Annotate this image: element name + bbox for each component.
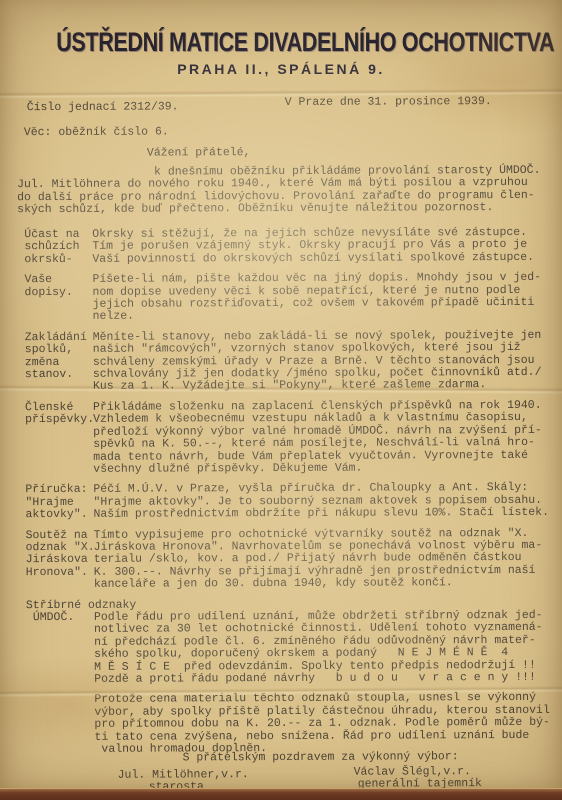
section-body-text: Přikládáme složenku na zaplacení členský…	[93, 400, 554, 476]
place-and-date: V Praze dne 31. prosince 1939.	[285, 96, 492, 109]
section-margin-label: Vaše dopisy.	[24, 274, 92, 324]
section-margin-label: Zakládání spolků, změna stanov.	[25, 332, 93, 394]
letter-section: Členské příspěvky.Přikládáme složenku na…	[25, 400, 554, 477]
section-body-text: Protože cena materialu těchto odznaků st…	[94, 692, 555, 756]
section-body-text: Okrsky si stěžují, že na jejich schůze n…	[92, 227, 553, 266]
closing-line: S přátelským pozdravem za výkonný výbor:	[183, 751, 459, 765]
section-body-text: Podle řádu pro udílení uznání, může obdr…	[94, 597, 555, 686]
letter-sections: Účast na schůzích okrsků-Okrsky si stěžu…	[24, 227, 555, 765]
intro-paragraph: k dnešnímu oběžníku přikládáme provolání…	[17, 165, 551, 217]
section-margin-label: Účast na schůzích okrsků-	[24, 229, 92, 267]
section-body-text: Píšete-li nám, pište každou věc na jiný …	[92, 272, 553, 324]
letter-section: Příručka: "Hrajme aktovky".Péčí M.Ú.V. v…	[25, 482, 554, 522]
table-surface-edge	[0, 788, 562, 800]
reference-number: Číslo jednací 2312/39.	[27, 101, 179, 114]
section-body-text: Měníte-li stanovy, nebo zakládá-li se no…	[93, 330, 554, 394]
section-body-text: Tímto vypisujeme pro ochotnické výtvarní…	[94, 527, 555, 591]
section-margin-label	[26, 694, 94, 756]
typewritten-content: Číslo jednací 2312/39. V Praze dne 31. p…	[0, 0, 562, 800]
section-body-text: Péčí M.Ú.V. v Praze, vyšla příručka dr. …	[93, 482, 554, 521]
scanned-letter-page: ÚSTŘEDNÍ MATICE DIVADELNÍHO OCHOTNICTVA …	[0, 0, 562, 800]
section-margin-label: Příručka: "Hrajme aktovky".	[25, 484, 93, 522]
letter-section: Protože cena materialu těchto odznaků st…	[26, 692, 555, 756]
section-margin-label: Soutěž na odznak "X. Jiráskova Hronova".	[26, 529, 94, 591]
letter-section: Vaše dopisy.Píšete-li nám, pište každou …	[24, 272, 553, 324]
subject-line: Věc: oběžník číslo 6.	[24, 126, 169, 139]
section-margin-label: Stříbrné odznaky ÚMDOČ.	[26, 599, 94, 686]
letter-section: Stříbrné odznaky ÚMDOČ.Podle řádu pro ud…	[26, 597, 555, 686]
letter-section: Účast na schůzích okrsků-Okrsky si stěžu…	[24, 227, 553, 267]
letter-section: Soutěž na odznak "X. Jiráskova Hronova".…	[26, 527, 555, 591]
salutation: Vážení přátelé,	[147, 147, 251, 160]
section-margin-label: Členské příspěvky.	[25, 402, 93, 477]
letter-section: Zakládání spolků, změna stanov.Měníte-li…	[25, 330, 554, 394]
